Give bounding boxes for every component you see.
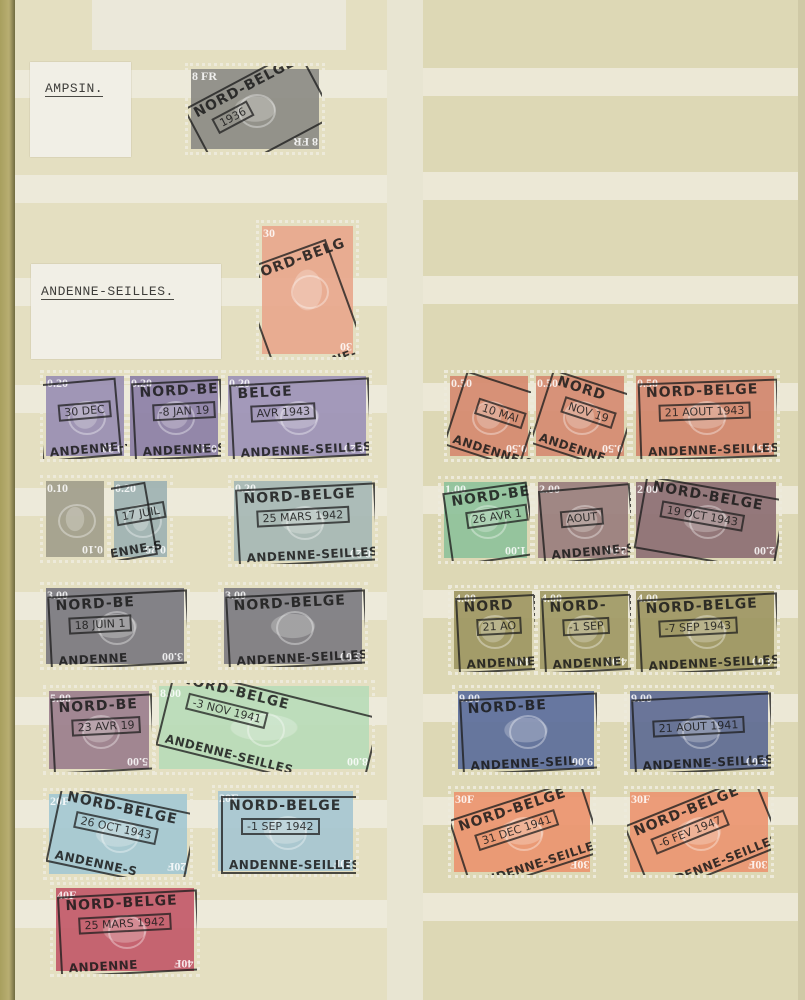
stamp-value: 0.50 [537, 376, 558, 391]
stamp-medallion [689, 505, 727, 539]
stamp: 0.500.50NORD-BELGE21 AOUT 1943ANDENNE-SE… [630, 370, 780, 462]
stamp-medallion [286, 506, 324, 540]
stamp: 0.200.20BELGEAVR 1943ANDENNE-SEILLES [222, 370, 372, 462]
interleaf-sheet [92, 0, 346, 50]
stamp-value: 1.00 [445, 482, 466, 497]
stamp: 9.009.0021 AOUT 1941ANDENNE-SEILLES [624, 685, 774, 775]
stamp: 30F30FNORD-BELGE-6 FEV 1947ANDENNE-SEILL… [624, 786, 774, 878]
stamp: 3030NORD-BELGANDENNE-S [256, 220, 359, 360]
stamp-value: 0.20 [196, 441, 217, 456]
stamp-value: 0.50 [506, 441, 527, 456]
stamp: 0.500.5010 MAIANDENNE-S [444, 370, 534, 462]
stamp-value: 0.20 [102, 441, 123, 456]
stamp-value: 8 FR [293, 134, 318, 149]
stamp: 0.200.20NORD-BE-8 JAN 19ANDENNE-SE [124, 370, 224, 462]
stamp-medallion [682, 715, 720, 749]
stamp-value: 0.20 [350, 546, 371, 561]
stamp-medallion [276, 611, 314, 645]
stamp-value: 30F [455, 792, 474, 807]
stamp-medallion [567, 615, 605, 649]
stamp: 8 FR8 FRNORD-BELGE1936 [185, 63, 325, 155]
stamp-value: 0.50 [637, 376, 658, 391]
stamp-value: 1.00 [505, 543, 526, 558]
stamp: 20F20FNORD-BELGE-1 SEP 1942ANDENNE-SEILL… [212, 785, 359, 877]
stamp: 3.003.00NORD-BE18 JUIN 1ANDENNE [40, 582, 190, 670]
label-ampsin-text: AMPSIN. [45, 81, 103, 97]
stamp-value: 3.00 [340, 649, 361, 664]
stamp: 0.500.50NORDNOV 19ANDENNE [530, 370, 630, 462]
stamp-medallion [124, 504, 162, 538]
stamp-value: 4.00 [637, 591, 658, 606]
center-gutter [387, 0, 424, 1000]
stamp-medallion [98, 611, 136, 645]
stamp-value: 0.10 [82, 542, 103, 557]
stamp-value: 40F [57, 888, 76, 903]
stamp-value: 30 [263, 226, 275, 241]
label-andenne-text: ANDENNE-SEILLES. [41, 284, 174, 300]
stamp: 2.002.00NORD-BELGE19 OCT 1943 [630, 476, 782, 564]
label-andenne-seilles: ANDENNE-SEILLES. [31, 264, 221, 359]
stamp-medallion [280, 401, 318, 435]
stamp-value: 30F [570, 857, 589, 872]
stamp-medallion [58, 504, 96, 538]
stamp-value: 9.00 [631, 691, 652, 706]
stamp-value: 2.00 [754, 543, 775, 558]
stamp: 20F20FNORD-BELGE26 OCT 1943ANDENNE-S [43, 788, 193, 880]
album-binding [0, 0, 15, 1000]
label-ampsin: AMPSIN. [30, 62, 131, 157]
stamp-value: 3.00 [225, 588, 246, 603]
stamp-value: 0.50 [752, 441, 773, 456]
stamp: 0.200.20NORD-BELGE25 MARS 1942ANDENNE-SE… [228, 475, 378, 567]
stamp-value: 5.00 [50, 691, 71, 706]
stamp: 4.004.00NORD21 AOANDENNE [448, 585, 538, 675]
stamp-medallion [291, 275, 329, 309]
stamp-value: 20F [333, 856, 352, 871]
stamp-value: 30F [631, 792, 650, 807]
stamp-value: 0.20 [115, 481, 136, 496]
stamp-value: 0.50 [451, 376, 472, 391]
stamp-value: 0.20 [344, 441, 365, 456]
page-edge [798, 0, 805, 1000]
strip [423, 172, 798, 200]
stamp-value: 3.00 [162, 649, 183, 664]
stamp-value: 20F [219, 791, 238, 806]
stamp-value: 4.00 [752, 654, 773, 669]
stamp: 40F40FNORD-BELGE25 MARS 1942ANDENNE [50, 882, 200, 977]
stamp-value: 0.20 [145, 542, 166, 557]
stamp-medallion [476, 615, 514, 649]
stamp-value: 0.20 [235, 481, 256, 496]
stamp-medallion [108, 915, 146, 949]
stamp-medallion [101, 819, 139, 853]
stamp-value: 8 FR [192, 69, 217, 84]
stamp-medallion [682, 817, 720, 851]
stamp-medallion [688, 401, 726, 435]
stamp-value: 8.00 [160, 686, 181, 701]
stamp: 1.001.00NORD-BE26 AVR 1 [438, 476, 533, 564]
stamp-medallion [563, 401, 601, 435]
stamp-value: 9.00 [572, 754, 593, 769]
stamp-value: 0.20 [47, 376, 68, 391]
stamp-value: 30 [340, 339, 352, 354]
stamp: 30F30FNORD-BELGE31 DEC 1941ANDENNE-SEILL… [448, 786, 596, 878]
stamp-medallion [509, 715, 547, 749]
stamp-medallion [68, 401, 106, 435]
stamp-value: 20F [167, 859, 186, 874]
stamp: 0.200.2030 DECANDENNE-S [40, 370, 130, 462]
stamp-medallion [269, 816, 307, 850]
stamp-value: 4.00 [541, 591, 562, 606]
stamp-medallion [469, 505, 507, 539]
stamp-value: 2.00 [637, 482, 658, 497]
stamp-value: 0.20 [131, 376, 152, 391]
strip [423, 68, 798, 96]
stamp-value: 2.00 [606, 543, 627, 558]
stamp-value: 30F [748, 857, 767, 872]
stamp-medallion [566, 505, 604, 539]
stamp-medallion [472, 401, 510, 435]
stamp-value: 3.00 [47, 588, 68, 603]
stamp-value: 2.00 [539, 482, 560, 497]
stamp-value: 20F [50, 794, 69, 809]
stamp: 4.004.00NORD--1 SEPANDENNE [534, 585, 634, 675]
strip [15, 175, 387, 203]
stamp-value: 8.00 [347, 754, 368, 769]
stamp: 4.004.00NORD-BELGE-7 SEP 1943ANDENNE-SEI… [630, 585, 780, 675]
stockbook-page: AMPSIN. ANDENNE-SEILLES. 8 FR8 FRNORD-BE… [0, 0, 805, 1000]
stamp-value: 9.00 [746, 754, 767, 769]
stamp-value: 4.00 [606, 654, 627, 669]
stamp: 0.200.2017 JUILENNE-S [108, 475, 173, 563]
stamp-value: 9.00 [459, 691, 480, 706]
stamp-medallion [157, 401, 195, 435]
stamp: 3.003.00NORD-BELGEANDENNE-SEILLES [218, 582, 368, 670]
stamp-value: 0.10 [47, 481, 68, 496]
stamp-value: 0.50 [602, 441, 623, 456]
strip [423, 893, 798, 921]
stamp: 5.005.00NORD-BE23 AVR 19 [43, 685, 155, 775]
stamp-value: 4.00 [455, 591, 476, 606]
stamp-medallion [247, 713, 285, 747]
stamp-medallion [505, 817, 543, 851]
stamp-medallion [688, 615, 726, 649]
stamp: 8.008.00NORD-BELGE-3 NOV 1941ANDENNE-SEI… [153, 680, 375, 775]
stamp-value: 40F [174, 956, 193, 971]
stamp-value: 5.00 [127, 754, 148, 769]
stamp: 2.002.00AOUTANDENNE-SEILL [532, 476, 634, 564]
stamp-value: 0.20 [229, 376, 250, 391]
stamp-medallion [238, 94, 276, 128]
strip [423, 276, 798, 304]
stamp: 0.100.10 [40, 475, 110, 563]
stamp-medallion [82, 715, 120, 749]
stamp-value: 4.00 [510, 654, 531, 669]
stamp: 9.009.00NORD-BEANDENNE-SEIL [452, 685, 600, 775]
